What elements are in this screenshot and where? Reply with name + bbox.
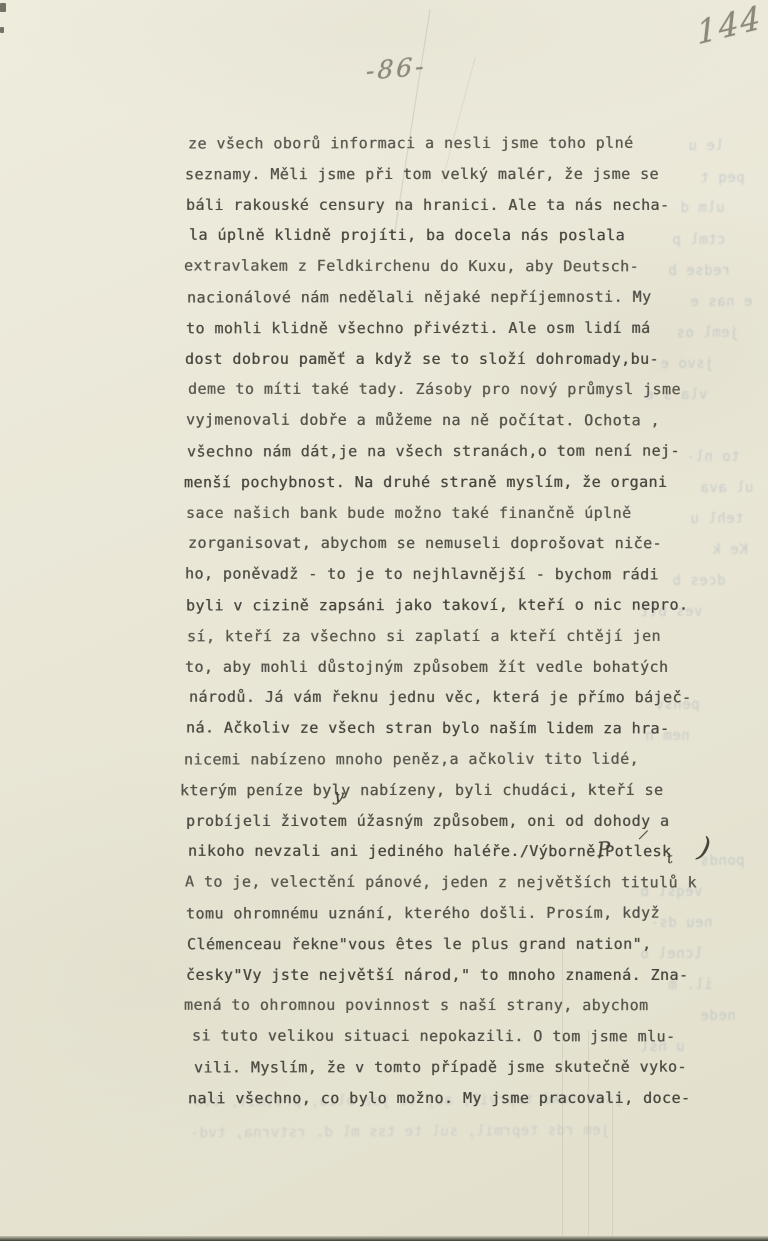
typed-line: dost dobrou paměť a když se to složí doh…	[185, 344, 725, 375]
bleedthrough-fragment: jem rds teprmil, sul te tss ml d. rstvrn…	[190, 1123, 610, 1142]
typed-line: sace našich bank bude možno také finančn…	[186, 498, 726, 529]
typed-line: zorganisovat, abychom se nemuseli doproš…	[188, 528, 728, 559]
typed-line: si tuto velikou situaci nepokazili. O to…	[192, 1021, 732, 1053]
typed-line: to mohli klidně všechno přivézti. Ale os…	[186, 313, 726, 344]
typed-line: nicemi nabízeno mnoho peněz,a ačkoliv ti…	[184, 743, 724, 775]
typed-line: kterým peníze byly nabízeny, byli chudác…	[180, 774, 720, 805]
typed-line: menší pochybnost. Na druhé straně myslím…	[184, 467, 724, 498]
typed-line: báli rakouské censury na hranici. Ale ta…	[186, 190, 726, 221]
typed-line: ze všech oborů informaci a nesli jsme to…	[188, 128, 728, 160]
typed-line: sí, kteří za všechno si zaplatí a kteří …	[187, 621, 727, 652]
handwritten-y-correction: y	[333, 786, 345, 807]
typed-line: vili. Myslím, že v tomto případě jsme sk…	[194, 1051, 734, 1083]
typed-line: la úplně klidně projíti, ba docela nás p…	[189, 220, 729, 251]
typed-line: národů. Já vám řeknu jednu věc, která je…	[189, 682, 729, 713]
handwritten-folio-number: 144	[696, 0, 764, 52]
typed-line: ná. Ačkoliv ze všech stran bylo naším li…	[186, 713, 726, 745]
typed-text-block: ze všech oborů informaci a nesli jsme to…	[186, 128, 726, 1114]
document-page: le upeq tulm dctml predse be nas ejeml o…	[0, 0, 768, 1241]
paper-crease	[562, 950, 563, 1238]
typed-line: ho, poněvadž - to je to nejhlavnější - b…	[185, 559, 725, 591]
typed-line: deme to míti také tady. Zásoby pro nový …	[188, 374, 728, 405]
typed-line: mená to ohromnou povinnost s naší strany…	[184, 990, 724, 1021]
typed-line: česky"Vy jste největší národ," to mnoho …	[186, 960, 726, 991]
typed-line: Clémenceau řekne"vous êtes le plus grand…	[187, 928, 727, 959]
typed-line: byli v cizině zapsáni jako takoví, kteří…	[186, 589, 726, 621]
typed-line: nikoho nevzali ani jediného haléře./Výbo…	[188, 836, 728, 867]
typed-line: extravlakem z Feldkirchenu do Kuxu, aby …	[184, 251, 724, 283]
paper-crease	[588, 1030, 589, 1240]
typed-line: vyjmenovali dobře a můžeme na ně počítat…	[186, 405, 726, 437]
paper-crease	[612, 1100, 613, 1240]
typed-line: nacionálové nám nedělali nějaké nepříjem…	[187, 282, 727, 314]
typed-line: nali všechno, co bylo možno. My jsme pra…	[188, 1082, 728, 1113]
page-bottom-edge	[0, 1236, 768, 1241]
typed-line: tomu ohromnému uznání, kterého došli. Pr…	[186, 897, 726, 929]
typed-line: seznamy. Měli jsme při tom velký malér, …	[185, 159, 725, 190]
typed-line: A to je, velectění pánové, jeden z nejvě…	[185, 867, 725, 899]
edge-speck	[0, 27, 4, 33]
typed-line: všechno nám dát,je na všech stranách,o t…	[187, 435, 727, 467]
handwritten-capital-p-correction: P	[596, 837, 611, 862]
typed-line: to, aby mohli důstojným způsobem žít ved…	[185, 652, 725, 683]
edge-speck	[0, 3, 6, 12]
